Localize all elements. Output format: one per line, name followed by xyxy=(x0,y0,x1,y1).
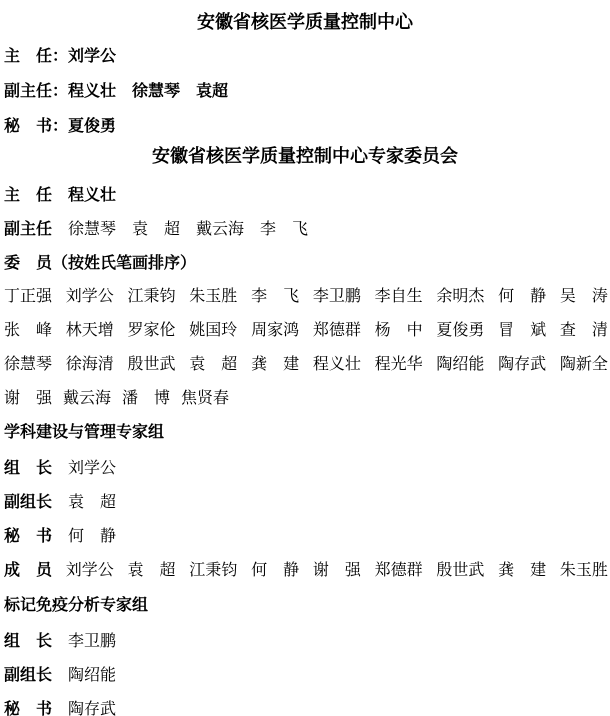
member-name: 查 清 xyxy=(560,320,608,340)
officer-label: 秘 书 xyxy=(4,699,52,716)
members-label: 成 员 xyxy=(4,560,52,580)
group2-deputy-leader-row: 副组长陶绍能 xyxy=(4,665,608,685)
officer-names: 程义壮 xyxy=(68,185,116,204)
member-name: 徐慧琴 xyxy=(4,354,52,374)
member-name: 林天增 xyxy=(66,320,114,340)
officer-names: 徐慧琴 袁 超 戴云海 李 飞 xyxy=(68,219,308,238)
officer-row-director: 主 任：刘学公 xyxy=(4,46,608,66)
officer-label: 副主任： xyxy=(4,81,68,100)
group2-secretary-row: 秘 书陶存武 xyxy=(4,699,608,716)
officer-names: 程义壮 徐慧琴 袁超 xyxy=(68,81,228,100)
member-name: 余明杰 xyxy=(436,286,484,306)
officer-names: 何 静 xyxy=(68,526,116,545)
group1-deputy-leader-row: 副组长袁 超 xyxy=(4,492,608,512)
member-name: 袁 超 xyxy=(189,354,237,374)
center-title: 安徽省核医学质量控制中心 xyxy=(0,11,610,35)
officer-label: 副组长 xyxy=(4,492,52,511)
officer-label: 组 长 xyxy=(4,631,52,650)
committee-row-deputy-directors: 副主任徐慧琴 袁 超 戴云海 李 飞 xyxy=(4,219,608,239)
officer-row-secretary: 秘 书：夏俊勇 xyxy=(4,116,608,136)
member-name: 郑德群 xyxy=(375,560,423,580)
group1-heading: 学科建设与管理专家组 xyxy=(4,422,608,442)
group2-leader-row: 组 长李卫鹏 xyxy=(4,631,608,651)
document-page: 安徽省核医学质量控制中心 主 任：刘学公 副主任：程义壮 徐慧琴 袁超 秘 书：… xyxy=(0,0,610,716)
officer-names: 刘学公 xyxy=(68,458,116,477)
member-name: 焦贤春 xyxy=(181,388,229,408)
member-name: 江秉钧 xyxy=(128,286,176,306)
member-row: 张 峰林天增罗家伦姚国玲周家鸿郑德群杨 中夏俊勇冒 斌查 清 xyxy=(4,320,608,340)
officer-names: 袁 超 xyxy=(68,492,116,511)
committee-row-director: 主 任程义壮 xyxy=(4,185,608,205)
member-name: 戴云海 xyxy=(63,388,111,408)
member-name: 朱玉胜 xyxy=(560,560,608,580)
group1-members-row: 成 员刘学公袁 超江秉钧何 静谢 强郑德群殷世武龚 建朱玉胜 xyxy=(4,560,608,580)
member-name: 李 飞 xyxy=(251,286,299,306)
member-row: 丁正强刘学公江秉钧朱玉胜李 飞李卫鹏李自生余明杰何 静吴 涛 xyxy=(4,286,608,306)
member-name: 朱玉胜 xyxy=(189,286,237,306)
member-name: 袁 超 xyxy=(128,560,176,580)
member-name: 谢 强 xyxy=(313,560,361,580)
officer-names: 李卫鹏 xyxy=(68,631,116,650)
member-name: 罗家伦 xyxy=(128,320,176,340)
member-name: 龚 建 xyxy=(251,354,299,374)
member-name: 陶绍能 xyxy=(436,354,484,374)
officer-names: 刘学公 xyxy=(68,46,116,65)
group1-leader-row: 组 长刘学公 xyxy=(4,458,608,478)
member-name: 龚 建 xyxy=(498,560,546,580)
member-name: 周家鸿 xyxy=(251,320,299,340)
member-name: 姚国玲 xyxy=(189,320,237,340)
member-name: 程光华 xyxy=(375,354,423,374)
member-name: 刘学公 xyxy=(66,560,114,580)
member-name: 殷世武 xyxy=(128,354,176,374)
officer-label: 秘 书： xyxy=(4,116,68,135)
member-name: 杨 中 xyxy=(375,320,423,340)
member-name: 郑德群 xyxy=(313,320,361,340)
member-name: 殷世武 xyxy=(436,560,484,580)
officer-label: 副组长 xyxy=(4,665,52,684)
officer-label: 主 任 xyxy=(4,185,52,204)
member-row-last: 谢 强戴云海潘 博焦贤春 xyxy=(4,388,608,408)
member-name: 夏俊勇 xyxy=(436,320,484,340)
officer-label: 主 任： xyxy=(4,46,68,65)
member-name: 潘 博 xyxy=(122,388,170,408)
member-name: 李自生 xyxy=(375,286,423,306)
member-name: 丁正强 xyxy=(4,286,52,306)
member-name: 徐海清 xyxy=(66,354,114,374)
member-name: 何 静 xyxy=(251,560,299,580)
member-name: 陶新全 xyxy=(560,354,608,374)
member-name: 冒 斌 xyxy=(498,320,546,340)
officer-names: 陶绍能 xyxy=(68,665,116,684)
member-name: 张 峰 xyxy=(4,320,52,340)
member-name: 刘学公 xyxy=(66,286,114,306)
officer-label: 副主任 xyxy=(4,219,52,238)
members-heading: 委 员（按姓氏笔画排序） xyxy=(4,253,608,273)
member-name: 李卫鹏 xyxy=(313,286,361,306)
officer-label: 秘 书 xyxy=(4,526,52,545)
group2-heading: 标记免疫分析专家组 xyxy=(4,595,608,615)
member-name: 江秉钧 xyxy=(189,560,237,580)
member-name: 陶存武 xyxy=(498,354,546,374)
member-row: 徐慧琴徐海清殷世武袁 超龚 建程义壮程光华陶绍能陶存武陶新全 xyxy=(4,354,608,374)
member-name: 程义壮 xyxy=(313,354,361,374)
committee-title: 安徽省核医学质量控制中心专家委员会 xyxy=(0,145,610,169)
officer-names: 夏俊勇 xyxy=(68,116,116,135)
member-name: 谢 强 xyxy=(4,388,52,408)
member-name: 何 静 xyxy=(498,286,546,306)
officer-names: 陶存武 xyxy=(68,699,116,716)
member-name: 吴 涛 xyxy=(560,286,608,306)
officer-label: 组 长 xyxy=(4,458,52,477)
officer-row-deputy-directors: 副主任：程义壮 徐慧琴 袁超 xyxy=(4,81,608,101)
group1-secretary-row: 秘 书何 静 xyxy=(4,526,608,546)
